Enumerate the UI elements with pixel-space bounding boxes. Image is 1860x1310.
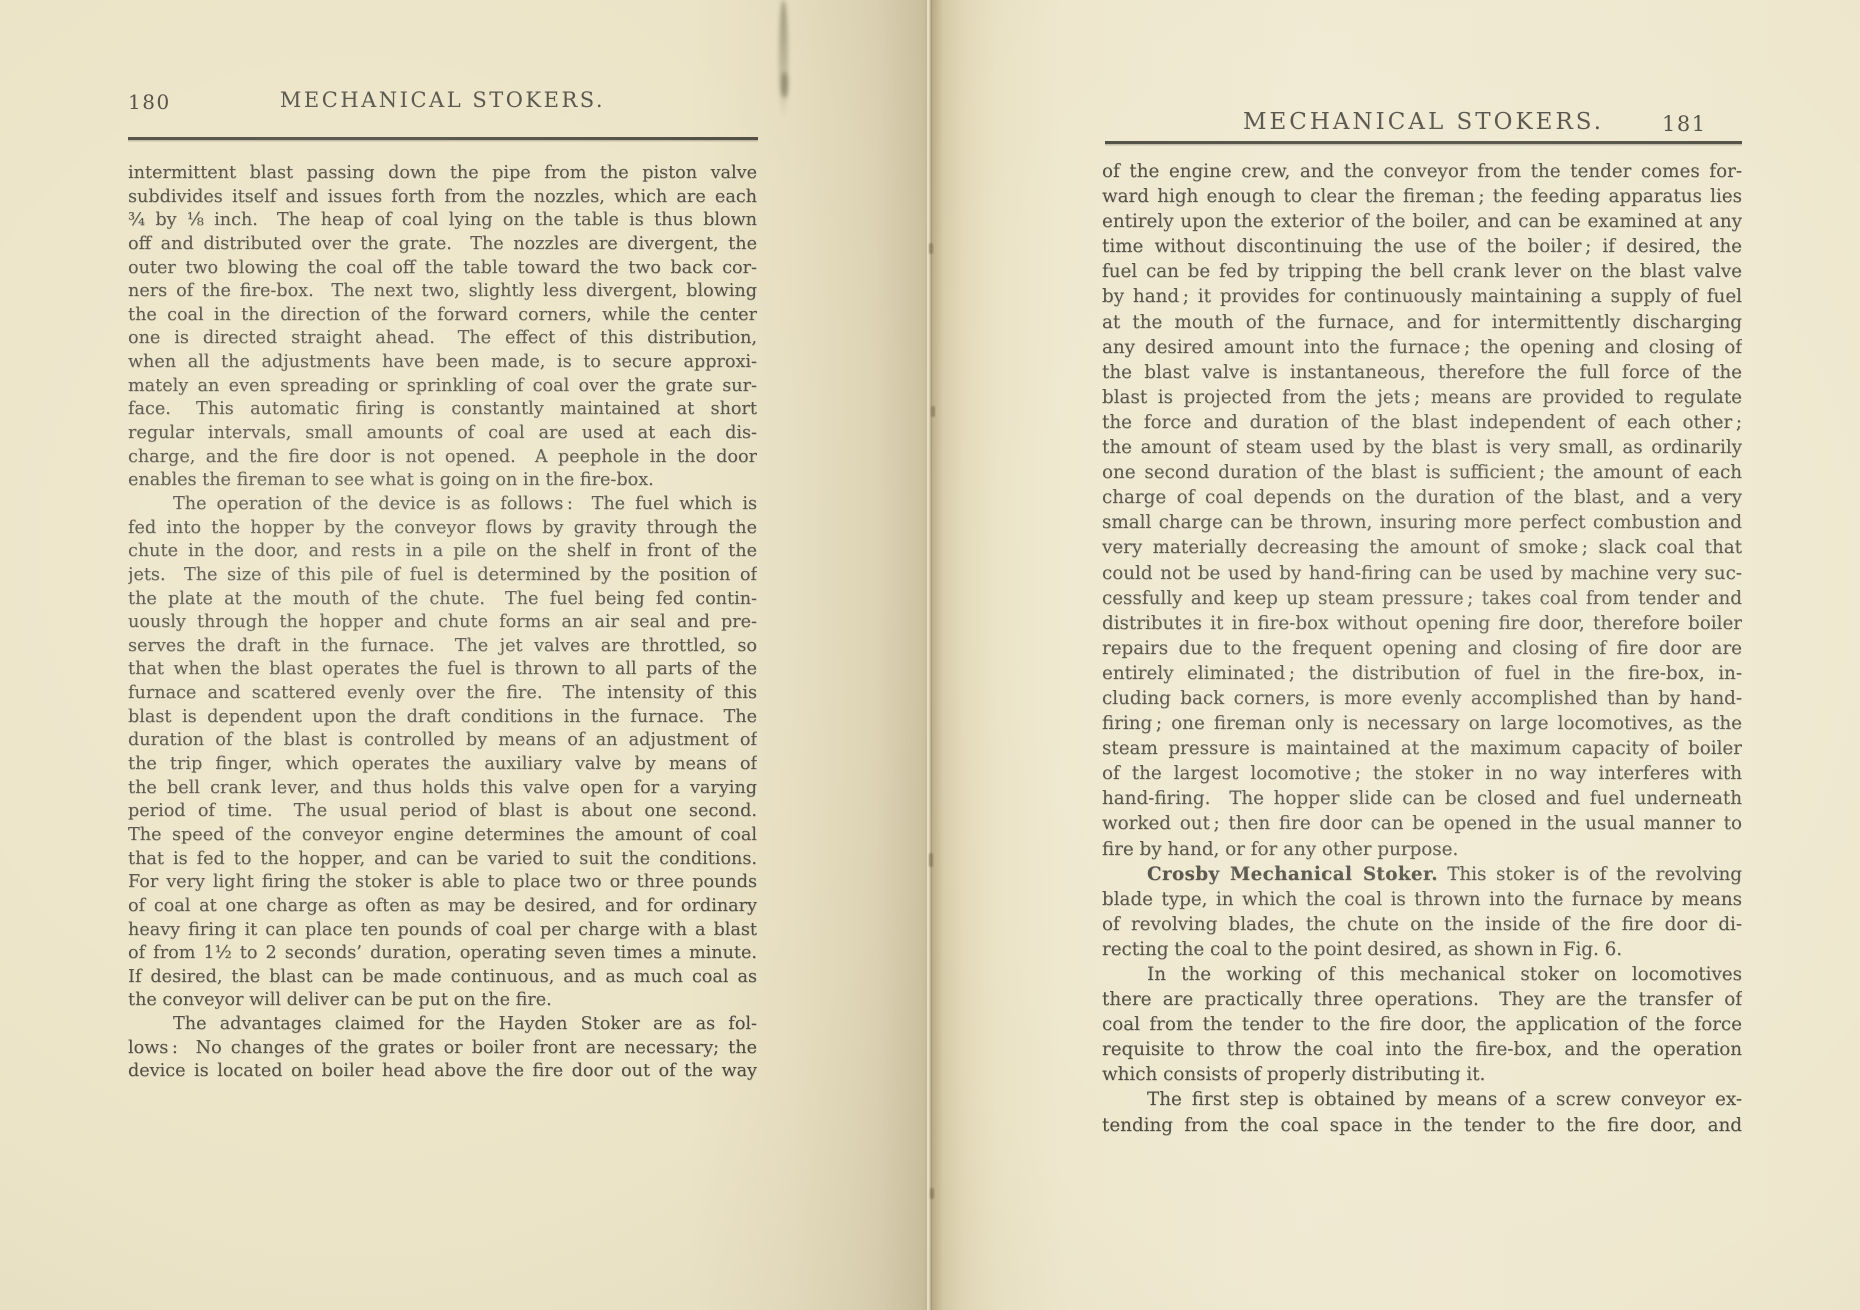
page-right: MECHANICAL STOKERS. 181 of the engine cr… <box>932 0 1860 1310</box>
text-line: If desired, the blast can be made contin… <box>128 966 757 990</box>
text-line: recting the coal to the point desired, a… <box>1102 937 1742 962</box>
text-line: the amount of steam used by the blast is… <box>1102 435 1742 460</box>
text-line: device is located on boiler head above t… <box>128 1060 757 1084</box>
page-number-right: 181 <box>1662 112 1707 136</box>
text-line: off and distributed over the grate. The … <box>128 233 757 257</box>
text-line: one second duration of the blast is suff… <box>1102 460 1742 485</box>
text-line: blast is dependent upon the draft condit… <box>128 706 757 730</box>
page-left: 180 MECHANICAL STOKERS. intermittent bla… <box>0 0 932 1310</box>
text-line: enables the fireman to see what is going… <box>128 469 757 493</box>
page-edge <box>927 0 932 1310</box>
text-line: regular intervals, small amounts of coal… <box>128 422 757 446</box>
running-title-left: MECHANICAL STOKERS. <box>128 88 757 112</box>
text-block-right: of the engine crew, and the conveyor fro… <box>1102 159 1742 1138</box>
text-block-left: intermittent blast passing down the pipe… <box>128 162 757 1084</box>
text-line: the bell crank lever, and thus holds thi… <box>128 777 757 801</box>
text-line: jets. The size of this pile of fuel is d… <box>128 564 757 588</box>
text-line: charge, and the fire door is not opened.… <box>128 446 757 470</box>
text-line: of coal at one charge as often as may be… <box>128 895 757 919</box>
text-line: by hand ; it provides for continuously m… <box>1102 284 1742 309</box>
text-line: duration of the blast is controlled by m… <box>128 729 757 753</box>
book-scan-spread: 180 MECHANICAL STOKERS. intermittent bla… <box>0 0 1860 1310</box>
text-line: For very light firing the stoker is able… <box>128 871 757 895</box>
text-line: charge of coal depends on the duration o… <box>1102 485 1742 510</box>
text-line: outer two blowing the coal off the table… <box>128 257 757 281</box>
text-line: distributes it in fire-box without openi… <box>1102 611 1742 636</box>
text-line: any desired amount into the furnace ; th… <box>1102 335 1742 360</box>
text-line: the plate at the mouth of the chute. The… <box>128 588 757 612</box>
header-rule-left <box>128 137 758 140</box>
text-line: entirely upon the exterior of the boiler… <box>1102 209 1742 234</box>
text-line: firing ; one fireman only is necessary o… <box>1102 711 1742 736</box>
text-line: one is directed straight ahead. The effe… <box>128 327 757 351</box>
text-line: that when the blast operates the fuel is… <box>128 658 757 682</box>
text-line: face. This automatic firing is constantl… <box>128 398 757 422</box>
text-line: serves the draft in the furnace. The jet… <box>128 635 757 659</box>
text-line: lows : No changes of the grates or boile… <box>128 1037 757 1061</box>
text-line: ners of the fire-box. The next two, slig… <box>128 280 757 304</box>
text-line: could not be used by hand-firing can be … <box>1102 561 1742 586</box>
run-in-heading: Crosby Mechanical Stoker. <box>1147 864 1438 885</box>
text-line: which consists of properly distributing … <box>1102 1062 1742 1087</box>
text-line: cessfully and keep up steam pressure ; t… <box>1102 586 1742 611</box>
text-line: The speed of the conveyor engine determi… <box>128 824 757 848</box>
running-title-right: MECHANICAL STOKERS. <box>1105 109 1742 135</box>
gutter-crease-shadow <box>781 72 788 98</box>
text-line: at the mouth of the furnace, and for int… <box>1102 310 1742 335</box>
text-line: that is fed to the hopper, and can be va… <box>128 848 757 872</box>
text-line: of revolving blades, the chute on the in… <box>1102 912 1742 937</box>
text-line: there are practically three operations. … <box>1102 987 1742 1012</box>
text-line: fed into the hopper by the conveyor flow… <box>128 517 757 541</box>
text-line: blade type, in which the coal is thrown … <box>1102 887 1742 912</box>
text-line: very materially decreasing the amount of… <box>1102 535 1742 560</box>
text-line: worked out ; then fire door can be opene… <box>1102 811 1742 836</box>
text-line: mately an even spreading or sprinkling o… <box>128 375 757 399</box>
text-line: the blast valve is instantaneous, theref… <box>1102 360 1742 385</box>
gutter-crease-shadow <box>779 0 788 120</box>
text-line: fuel can be fed by tripping the bell cra… <box>1102 259 1742 284</box>
text-line: of from 1½ to 2 seconds’ duration, opera… <box>128 942 757 966</box>
text-line: subdivides itself and issues forth from … <box>128 186 757 210</box>
page-edge-nick <box>930 1188 934 1199</box>
text-line: blast is projected from the jets ; means… <box>1102 385 1742 410</box>
text-line: repairs due to the frequent opening and … <box>1102 636 1742 661</box>
text-line: ¾ by ⅛ inch. The heap of coal lying on t… <box>128 209 757 233</box>
text-line: coal from the tender to the fire door, t… <box>1102 1012 1742 1037</box>
text-line: small charge can be thrown, insuring mor… <box>1102 510 1742 535</box>
text-line: ward high enough to clear the fireman ; … <box>1102 184 1742 209</box>
text-line: fire by hand, or for any other purpose. <box>1102 837 1742 862</box>
text-line: intermittent blast passing down the pipe… <box>128 162 757 186</box>
text-line: Crosby Mechanical Stoker. This stoker is… <box>1102 862 1742 887</box>
text-line: the conveyor will deliver can be put on … <box>128 989 757 1013</box>
text-line: The first step is obtained by means of a… <box>1102 1087 1742 1112</box>
page-edge-nick <box>929 243 933 254</box>
text-line: hand-firing. The hopper slide can be clo… <box>1102 786 1742 811</box>
text-line: chute in the door, and rests in a pile o… <box>128 540 757 564</box>
page-edge-nick <box>929 853 933 867</box>
text-line: the trip finger, which operates the auxi… <box>128 753 757 777</box>
text-line: of the largest locomotive ; the stoker i… <box>1102 761 1742 786</box>
header-rule-right <box>1105 141 1742 144</box>
page-edge-nick <box>931 406 935 417</box>
text-line: time without discontinuing the use of th… <box>1102 234 1742 259</box>
text-line: entirely eliminated ; the distribution o… <box>1102 661 1742 686</box>
text-line: of the engine crew, and the conveyor fro… <box>1102 159 1742 184</box>
text-line: tending from the coal space in the tende… <box>1102 1113 1742 1138</box>
text-line: the force and duration of the blast inde… <box>1102 410 1742 435</box>
text-line: requisite to throw the coal into the fir… <box>1102 1037 1742 1062</box>
text-line: when all the adjustments have been made,… <box>128 351 757 375</box>
text-line: The operation of the device is as follow… <box>128 493 757 517</box>
text-line: uously through the hopper and chute form… <box>128 611 757 635</box>
text-line: period of time. The usual period of blas… <box>128 800 757 824</box>
text-line: furnace and scattered evenly over the fi… <box>128 682 757 706</box>
text-line: The advantages claimed for the Hayden St… <box>128 1013 757 1037</box>
text-line: cluding back corners, is more evenly acc… <box>1102 686 1742 711</box>
text-line: In the working of this mechanical stoker… <box>1102 962 1742 987</box>
text-line: the coal in the direction of the forward… <box>128 304 757 328</box>
text-line: steam pressure is maintained at the maxi… <box>1102 736 1742 761</box>
text-line: heavy firing it can place ten pounds of … <box>128 919 757 943</box>
